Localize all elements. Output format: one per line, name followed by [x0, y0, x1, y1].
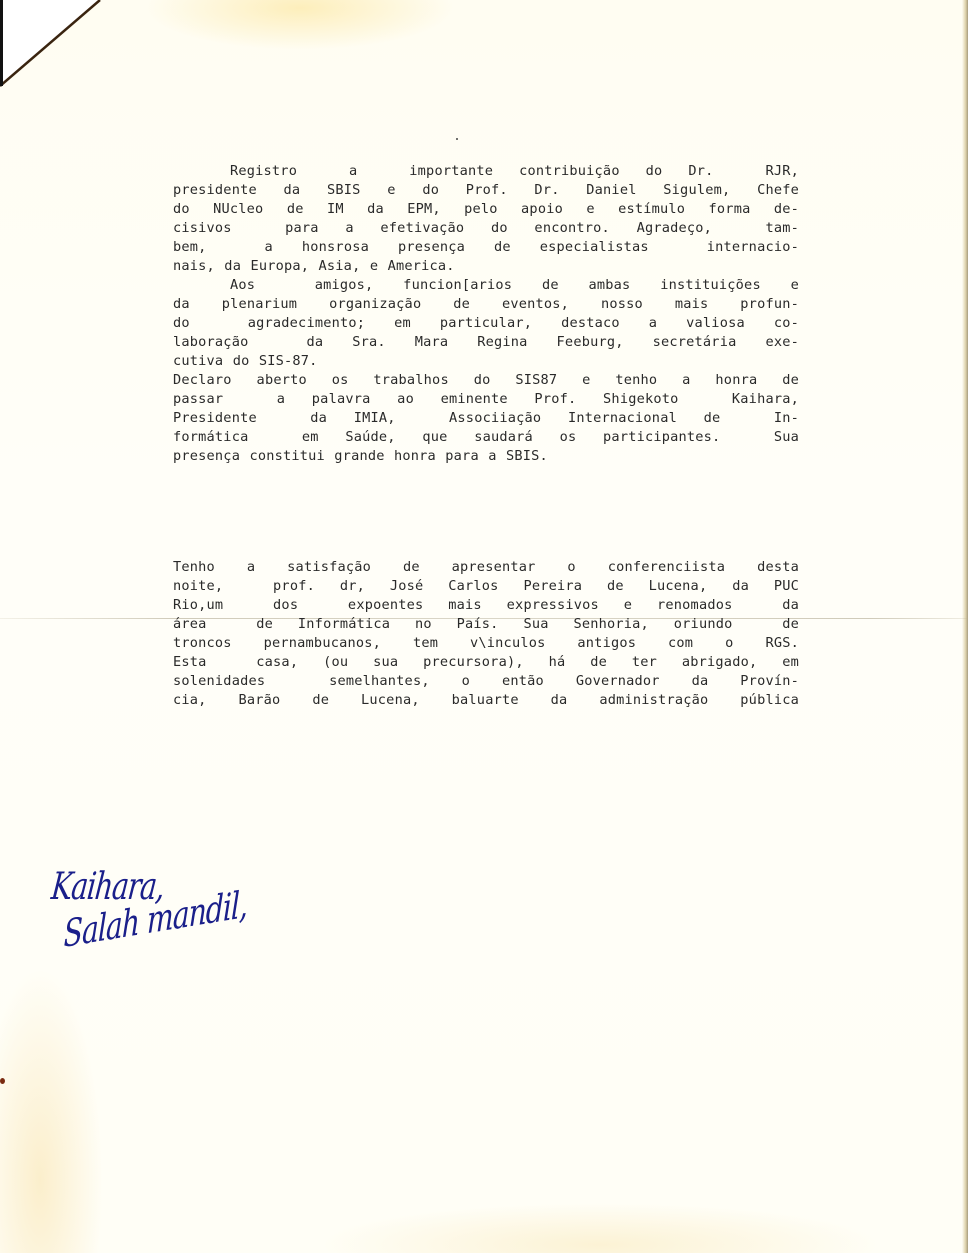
- text-line: presença constitui grande honra para a S…: [173, 447, 799, 466]
- text-line: Esta casa, (ou sua precursora), há de te…: [173, 653, 799, 672]
- text-line: do agradecimento; em particular, destaco…: [173, 314, 799, 333]
- text-line: Registro a importante contribuição do Dr…: [173, 162, 799, 181]
- typed-paragraph-block-acknowledgements: Registro a importante contribuição do Dr…: [173, 162, 799, 466]
- text-line: bem, a honsrosa presença de especialista…: [173, 238, 799, 257]
- page-right-edge: [962, 0, 968, 1253]
- text-line: presidente da SBIS e do Prof. Dr. Daniel…: [173, 181, 799, 200]
- handwritten-note: Kaihara, Salah mandil,: [50, 862, 280, 972]
- text-line: troncos pernambucanos, tem v\inculos ant…: [173, 634, 799, 653]
- text-line: laboração da Sra. Mara Regina Feeburg, s…: [173, 333, 799, 352]
- stain-speck: [0, 1078, 5, 1084]
- text-line: passar a palavra ao eminente Prof. Shige…: [173, 390, 799, 409]
- scanned-page: Registro a importante contribuição do Dr…: [0, 0, 968, 1253]
- text-line: cutiva do SIS-87.: [173, 352, 799, 371]
- text-line: nais, da Europa, Asia, e America.: [173, 257, 799, 276]
- text-line: cia, Barão de Lucena, baluarte da admini…: [173, 691, 799, 710]
- text-line: Declaro aberto os trabalhos do SIS87 e t…: [173, 371, 799, 390]
- folded-corner: [0, 0, 110, 90]
- text-line: solenidades semelhantes, o então Governa…: [173, 672, 799, 691]
- text-line: noite, prof. dr, José Carlos Pereira de …: [173, 577, 799, 596]
- ink-speck: [456, 138, 458, 140]
- typed-paragraph-block-speaker-intro: Tenho a satisfação de apresentar o confe…: [173, 558, 799, 710]
- text-line: da plenarium organização de eventos, nos…: [173, 295, 799, 314]
- text-line: área de Informática no País. Sua Senhori…: [173, 615, 799, 634]
- text-line: Rio,um dos expoentes mais expressivos e …: [173, 596, 799, 615]
- text-line: do NUcleo de IM da EPM, pelo apoio e est…: [173, 200, 799, 219]
- text-line: Presidente da IMIA, Associiação Internac…: [173, 409, 799, 428]
- text-line: Aos amigos, funcion[arios de ambas insti…: [173, 276, 799, 295]
- text-line: cisivos para a efetivação do encontro. A…: [173, 219, 799, 238]
- text-line: formática em Saúde, que saudará os parti…: [173, 428, 799, 447]
- text-line: Tenho a satisfação de apresentar o confe…: [173, 558, 799, 577]
